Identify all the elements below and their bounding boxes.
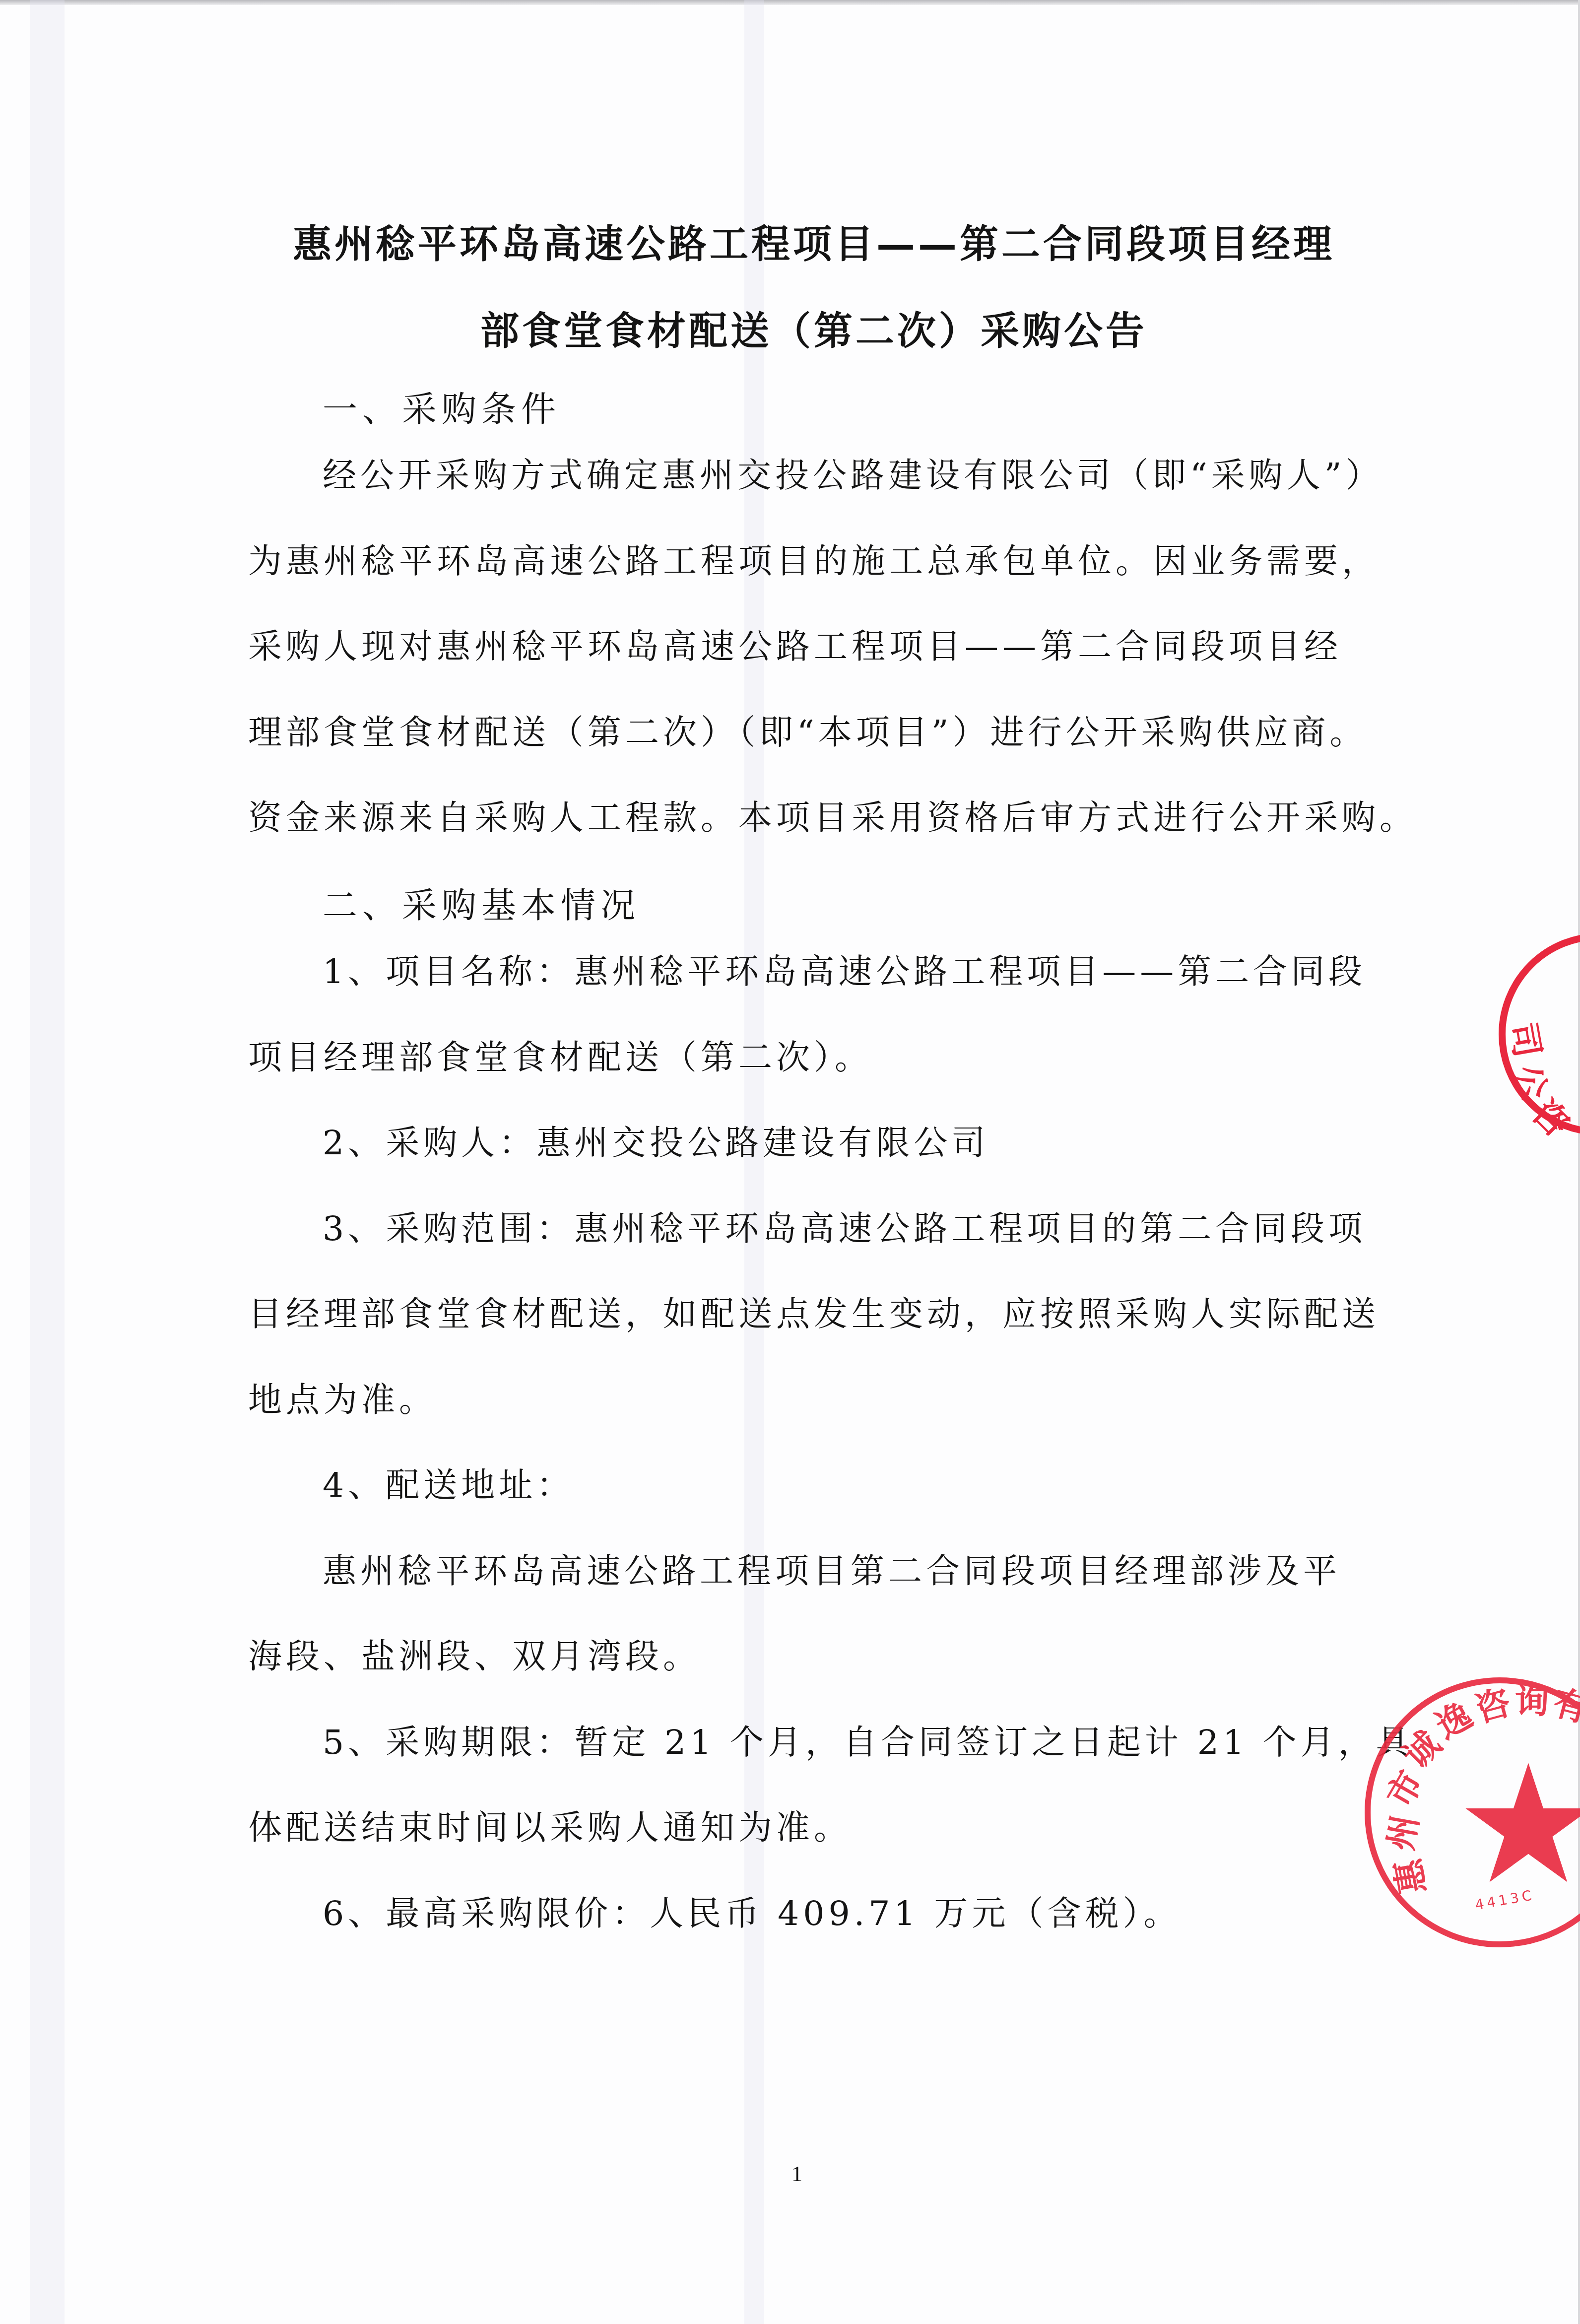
section-heading-basic-info: 二、采购基本情况	[323, 888, 640, 923]
item-procurement-period: 5、采购期限：暂定 21 个月，自合同签订之日起计 21 个月，具	[323, 1726, 1414, 1760]
paragraph-line: 理部食堂食材配送（第二次）（即“本项目”）进行公开采购供应商。	[248, 716, 1368, 750]
item-project-name-cont: 项目经理部食堂食材配送（第二次）。	[248, 1041, 872, 1075]
seal-text: 有	[1548, 1675, 1580, 1732]
item-delivery-address-cont: 海段、盐洲段、双月湾段。	[248, 1640, 701, 1674]
seal-text: 司	[1500, 1018, 1556, 1061]
paragraph-line: 为惠州稔平环岛高速公路工程项目的施工总承包单位。因业务需要，	[248, 545, 1380, 579]
item-project-name: 1、项目名称：惠州稔平环岛高速公路工程项目——第二合同段	[323, 955, 1366, 989]
item-delivery-address-detail: 惠州稔平环岛高速公路工程项目第二合同段项目经理部涉及平	[323, 1555, 1341, 1589]
section-heading-procurement-conditions: 一、采购条件	[323, 392, 561, 427]
company-seal-lower: 惠 州 市 诚 逸 咨 询 有 ★ 4413C	[1365, 1677, 1580, 1947]
item-procurement-period-cont: 体配送结束时间以采购人通知为准。	[248, 1811, 852, 1845]
paragraph-line: 采购人现对惠州稔平环岛高速公路工程项目——第二合同段项目经	[248, 630, 1342, 664]
seal-text: 咨	[1469, 1675, 1515, 1732]
item-purchaser: 2、采购人：惠州交投公路建设有限公司	[323, 1127, 989, 1160]
scan-top-edge	[0, 0, 1580, 5]
document-title-line-2: 部食堂食材配送（第二次）采购公告	[248, 300, 1380, 356]
seal-text: 惠	[1380, 1856, 1436, 1898]
seal-star-icon: ★	[1455, 1743, 1580, 1907]
document-title-line-1: 惠州稔平环岛高速公路工程项目——第二合同段项目经理	[248, 213, 1380, 269]
seal-text: 州	[1373, 1811, 1428, 1854]
seal-text: 询	[1514, 1673, 1549, 1724]
paragraph-line: 经公开采购方式确定惠州交投公路建设有限公司（即“采购人”）	[323, 459, 1383, 493]
page-number: 1	[791, 2161, 802, 2187]
company-seal-upper: 司 公 咨	[1499, 933, 1580, 1135]
item-delivery-address: 4、配送地址：	[323, 1469, 574, 1503]
item-scope-cont: 地点为准。	[248, 1384, 437, 1417]
item-max-price: 6、最高采购限价：人民币 409.71 万元（含税）。	[323, 1897, 1181, 1931]
scan-streak	[30, 0, 65, 2324]
item-scope: 3、采购范围：惠州稔平环岛高速公路工程项目的第二合同段项	[323, 1212, 1366, 1246]
scan-right-edge	[1578, 0, 1580, 2324]
item-scope-cont: 目经理部食堂食材配送，如配送点发生变动，应按照采购人实际配送	[248, 1298, 1380, 1331]
paragraph-line: 资金来源来自采购人工程款。本项目采用资格后审方式进行公开采购。	[248, 801, 1417, 835]
